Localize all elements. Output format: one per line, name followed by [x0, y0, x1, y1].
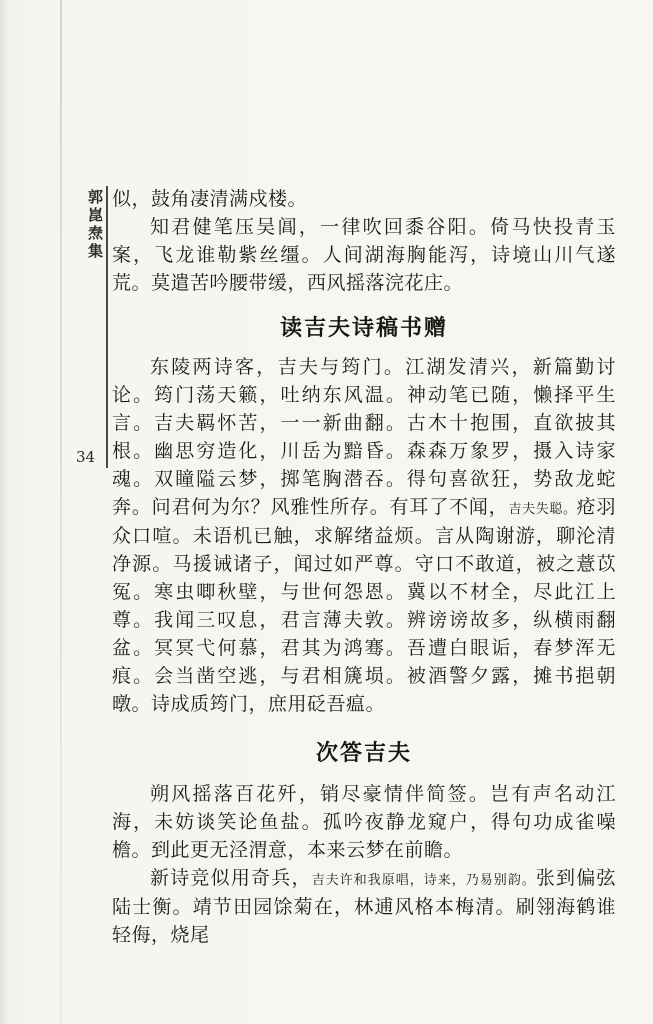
page-number: 34 — [76, 448, 95, 466]
margin-rule — [106, 186, 108, 468]
poem-segment: 朔风摇落百花歼，销尽豪情伴简签。岂有声名动江海，未妨谈笑论鱼盐。孤吟夜静龙窥户，… — [112, 784, 616, 861]
poem-previous-stanza: 知君健笔压吴阊，一律吹回黍谷阳。倚马快投青玉案，飞龙谁勒紫丝缰。人间湖海胸能泻，… — [112, 214, 616, 298]
poem-ci-da-jifu-stanza2: 新诗竞似用奇兵，吉夫许和我原唱，诗来，乃易别韵。张到偏弦陆士衡。靖节田园馀菊在，… — [112, 865, 616, 950]
page-edge-shadow — [60, 0, 62, 1024]
inline-annotation: 吉夫失聪。 — [509, 501, 577, 516]
continued-line: 似，鼓角凄清满戍楼。 — [112, 186, 616, 214]
poem-segment: 疮羽众口喧。未语机已触，求解绪益烦。言从陶谢游，聊沦清净源。马援诫诸子，闻过如严… — [112, 497, 616, 715]
poem-title-ci-da-jifu: 次答吉夫 — [112, 739, 616, 767]
inline-annotation: 吉夫许和我原唱，诗来，乃易别韵。 — [312, 872, 536, 887]
running-head-book-title: 郭崑焘集 — [84, 189, 105, 261]
poem-segment: 新诗竞似用奇兵， — [150, 868, 312, 889]
poem-ci-da-jifu-stanza1: 朔风摇落百花歼，销尽豪情伴简签。岂有声名动江海，未妨谈笑论鱼盐。孤吟夜静龙窥户，… — [112, 781, 616, 865]
poem-du-jifu-shigao-text: 东陵两诗客，吉夫与筠门。江湖发清兴，新篇勤讨论。筠门荡天籁，吐纳东风温。神动笔已… — [112, 354, 616, 719]
text-column: 似，鼓角凄清满戍楼。 知君健笔压吴阊，一律吹回黍谷阳。倚马快投青玉案，飞龙谁勒紫… — [112, 186, 616, 950]
poem-title-du-jifu-shigao: 读吉夫诗稿书赠 — [112, 314, 616, 342]
scanned-book-page: 郭崑焘集 34 似，鼓角凄清满戍楼。 知君健笔压吴阊，一律吹回黍谷阳。倚马快投青… — [0, 0, 653, 1024]
poem-segment: 东陵两诗客，吉夫与筠门。江湖发清兴，新篇勤讨论。筠门荡天籁，吐纳东风温。神动笔已… — [112, 357, 616, 518]
